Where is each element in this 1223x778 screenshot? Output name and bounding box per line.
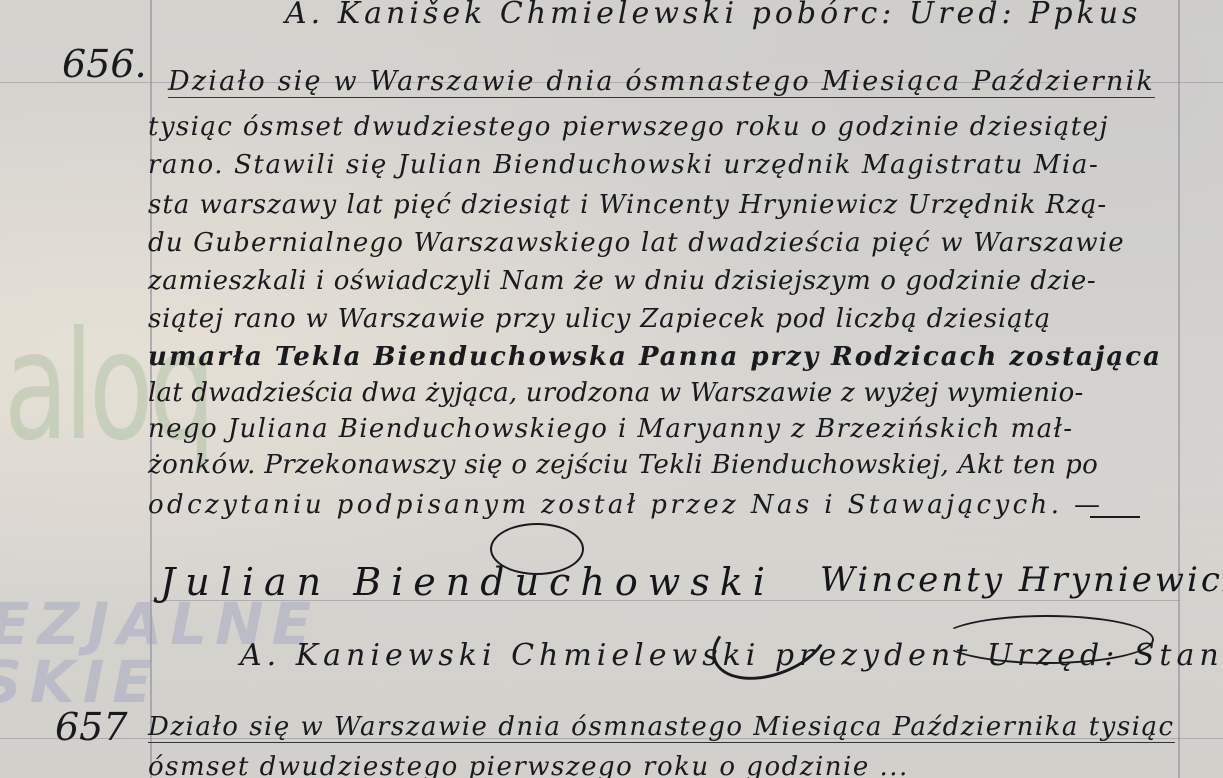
record-656-line-4: sta warszawy lat pięć dziesiąt i Wincent… — [148, 190, 1107, 220]
record-656-line-8: umarła Tekla Bienduchowska Panna przy Ro… — [148, 342, 1162, 372]
record-656-line-5: du Gubernialnego Warszawskiego lat dwadz… — [148, 228, 1125, 258]
scanned-page: aloq EZJALNE SKIE A. Kanišek Chmielewski… — [0, 0, 1223, 778]
record-656-line-11: żonków. Przekonawszy się o zejściu Tekli… — [148, 450, 1098, 480]
signature-wincenty-hryniewicz: Wincenty Hryniewicz — [820, 560, 1223, 600]
record-656-line-12: odczytaniu podpisanym został przez Nas i… — [148, 490, 1103, 520]
header-officer-line: A. Kanišek Chmielewski pobórc: Ured: Ppk… — [285, 0, 1141, 31]
record-656-line-7: siątej rano w Warszawie przy ulicy Zapie… — [148, 304, 1051, 334]
signature-julian-bienduchowski: Julian Bienduchowski — [160, 560, 775, 604]
end-dash — [1090, 516, 1140, 518]
record-656-line-2: tysiąc ósmset dwudziestego pierwszego ro… — [148, 112, 1109, 142]
record-656-line-6: zamieszkali i oświadczyli Nam że w dniu … — [148, 266, 1096, 296]
record-657-line-2: ósmset dwudziestego pierwszego roku o go… — [148, 752, 909, 778]
officer-signature-line: A. Kaniewski Chmielewski prezydent Urzęd… — [240, 638, 1223, 673]
record-657-line-1: Działo się w Warszawie dnia ósmnastego M… — [148, 712, 1175, 743]
record-number-657: 657 — [55, 705, 128, 749]
record-656-line-9: lat dwadzieścia dwa żyjąca, urodzona w W… — [148, 378, 1084, 408]
record-656-line-1: Działo się w Warszawie dnia ósmnastego M… — [168, 66, 1155, 98]
signature-loop — [490, 523, 584, 575]
record-656-line-10: nego Juliana Bienduchowskiego i Maryanny… — [148, 414, 1073, 444]
record-number-656: 656. — [62, 42, 147, 86]
record-656-line-3: rano. Stawili się Julian Bienduchowski u… — [148, 150, 1099, 180]
